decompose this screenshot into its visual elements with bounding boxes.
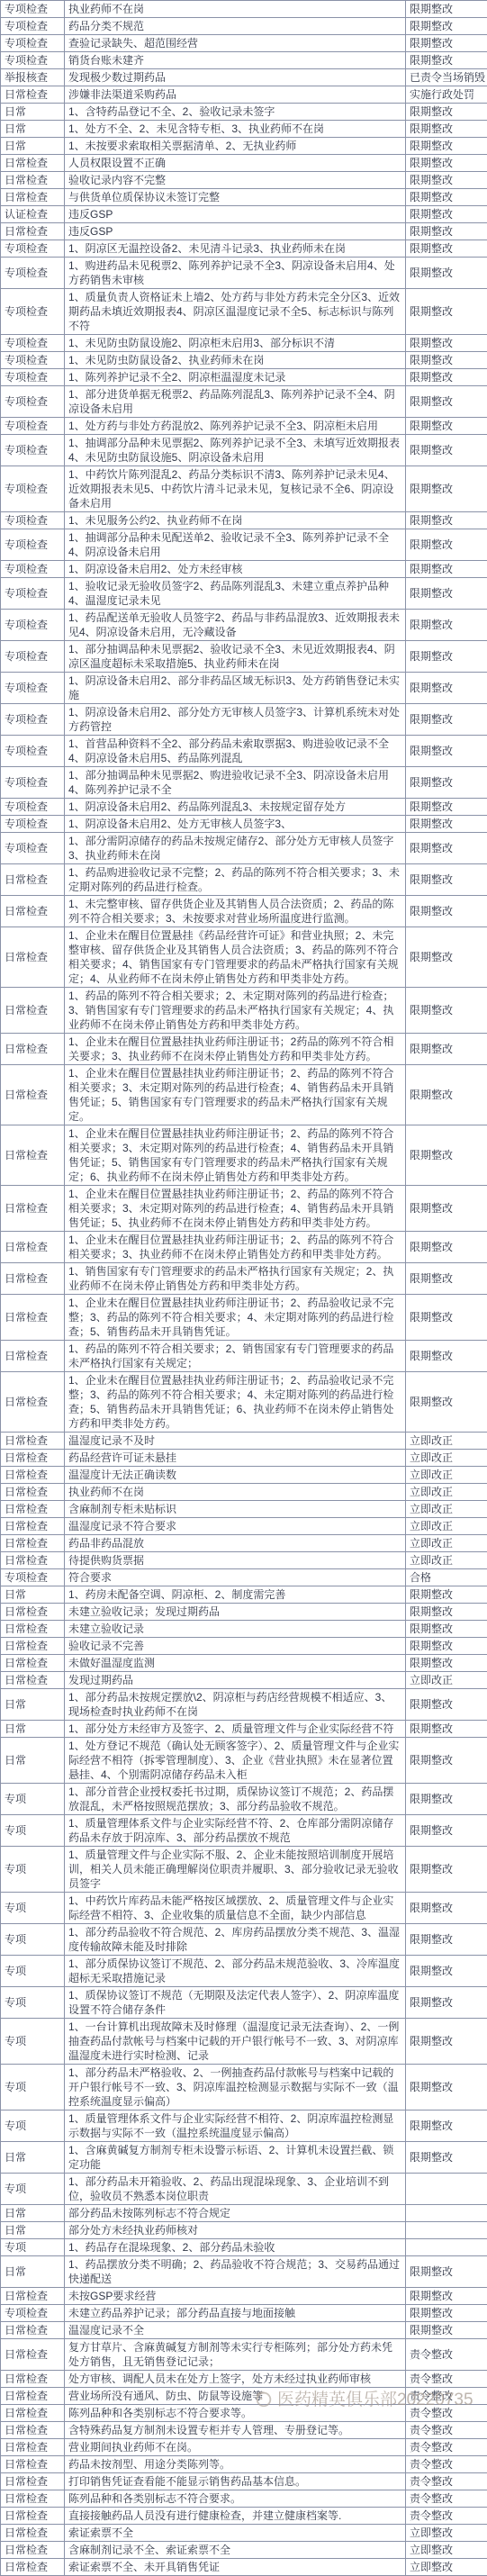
inspection-type-cell: 日常检查 xyxy=(1,2405,65,2422)
finding-cell: 陈列品种和各类别标志不符合要求等。 xyxy=(65,2405,406,2422)
table-row: 举报核查发现极少数过期药品已责令当场销毁 xyxy=(1,69,487,86)
finding-cell: 1、药品购进验收记录不完整；2、药品的陈列不符合相关要求；3、未定期对陈列的药品… xyxy=(65,864,406,896)
action-cell: 限期整改 xyxy=(406,1689,487,1721)
inspection-type-cell: 日常检查 xyxy=(1,1518,65,1535)
inspection-type-cell: 日常检查 xyxy=(1,1065,65,1125)
action-cell: 限期整改 xyxy=(406,35,487,52)
action-cell: 限期整改 xyxy=(406,369,487,386)
table-row: 日常检查与供货单位质保协议未签订完整限期整改 xyxy=(1,189,487,206)
action-cell: 限期整改 xyxy=(406,466,487,512)
action-cell: 限期整改 xyxy=(406,2288,487,2305)
action-cell: 责令整改 xyxy=(406,2508,487,2525)
inspection-type-cell: 日常检查 xyxy=(1,1295,65,1341)
table-row: 日常检查1、企业未在醒目位置悬挂执业药师注册证书；2、药品的陈列不符合相关要求；… xyxy=(1,1186,487,1232)
inspection-type-cell: 日常检查 xyxy=(1,1604,65,1621)
action-cell: 实施行政处罚 xyxy=(406,86,487,104)
finding-cell: 1、企业未在醒目位置悬挂执业药师注册证书；2药品的陈列不符合相关要求；3、执业药… xyxy=(65,1034,406,1065)
finding-cell: 温湿度记录不全 xyxy=(65,2322,406,2339)
table-row: 专项检查1、抽调部分品种未见配送单2、验收记录不全3、陈列养护记录不全4、阴凉设… xyxy=(1,529,487,561)
table-row: 日常检查药品未按剂型、用途分类陈列等。责令整改 xyxy=(1,2456,487,2473)
table-row: 日常检查1、未完整审核、留存供货企业及其销售人员合法资质；2、药品的陈列不符合相… xyxy=(1,896,487,927)
table-row: 日常检查人员权限设置不正确限期整改 xyxy=(1,155,487,172)
finding-cell: 待提供购货票据 xyxy=(65,1552,406,1569)
inspection-type-cell: 专项 xyxy=(1,1924,65,1956)
table-row: 日常检查1、企业未在醒目位置悬挂《药品经营许可证》和营业执照；2、未完整审核、留… xyxy=(1,927,487,988)
inspection-type-cell: 日常 xyxy=(1,2256,65,2288)
finding-cell: 1、企业未在醒目位置悬挂执业药师注册证书；2、药品的陈列不符合相关要求；3、未定… xyxy=(65,1125,406,1186)
finding-cell: 1、未见防虫防鼠设施2、阴凉柜未启用3、部分标识不清 xyxy=(65,335,406,352)
finding-cell: 1、部分药品验收不符合规范、2、库房药品摆放分类不规范、3、温湿度传输故障未能及… xyxy=(65,1924,406,1956)
finding-cell: 温湿度计无法正确读数 xyxy=(65,1467,406,1484)
table-row: 日常检查1、药品的陈列不符合相关要求；2、未定期对陈列的药品进行检查；3、销售国… xyxy=(1,988,487,1034)
table-row: 日常检查温湿度记录不全限期整改 xyxy=(1,2322,487,2339)
table-row: 专项1、质量管理体系文件与企业实际经营不相符、2、阴凉库温控检测显示数据与实际不… xyxy=(1,2111,487,2142)
finding-cell: 发现过期药品 xyxy=(65,1672,406,1689)
table-row: 专项1、中药饮片库药品未能严格按区域摆放、2、质量管理文件与企业实际经营不相符、… xyxy=(1,1893,487,1924)
table-row: 日常检查索证索票不全、未开具销售凭证立即整改 xyxy=(1,2559,487,2576)
finding-cell: 1、企业未在醒目位置悬挂《药品经营许可证》和营业执照；2、未完整审核、留存供货企… xyxy=(65,927,406,988)
action-cell: 限期整改 xyxy=(406,189,487,206)
finding-cell: 部分药品未按陈列标志不符合规定 xyxy=(65,2205,406,2222)
inspection-type-cell: 专项 xyxy=(1,2239,65,2256)
inspection-type-cell: 日常检查 xyxy=(1,1263,65,1295)
table-row: 日常检查索证索票不全立即整改 xyxy=(1,2525,487,2542)
inspection-type-cell: 日常检查 xyxy=(1,2559,65,2576)
finding-cell: 1、阴凉设备未启用2、处方未经审核 xyxy=(65,561,406,578)
inspection-type-cell: 日常检查 xyxy=(1,1552,65,1569)
finding-cell: 1、未完整审核、留存供货企业及其销售人员合法资质；2、药品的陈列不符合相关要求；… xyxy=(65,896,406,927)
action-cell: 限期整改 xyxy=(406,1815,487,1847)
action-cell: 限期整改 xyxy=(406,1784,487,1815)
table-row: 专项检查1、未见防虫防鼠设备2、执业药师未在岗限期整改 xyxy=(1,352,487,369)
table-row: 日常检查复方甘草片、含麻黄碱复方制剂等未实行专柜陈列；部分处方药未凭处方销售，且… xyxy=(1,2339,487,2371)
action-cell: 限期整改 xyxy=(406,206,487,223)
finding-cell: 违反GSP xyxy=(65,223,406,240)
table-row: 日常检查1、企业未在醒目位置悬挂执业药师注册证书；2、药品验收记录不完整；3、药… xyxy=(1,1295,487,1341)
inspection-type-cell: 日常 xyxy=(1,1689,65,1721)
inspection-type-cell: 日常 xyxy=(1,1586,65,1604)
table-row: 专项检查符合要求合格 xyxy=(1,1569,487,1586)
table-row: 专项1、质量管理体系文件与企业实际经营不符、2、仓库部分需阴凉储存药品未存放于阴… xyxy=(1,1815,487,1847)
finding-cell: 1、抽调部分品种未见票据2、陈列养护记录不全3、未填写近效期报表4、未见防虫防鼠… xyxy=(65,435,406,466)
action-cell: 责令整改 xyxy=(406,2405,487,2422)
action-cell: 限期整改 xyxy=(406,610,487,641)
table-row: 专项检查1、部分需阴凉储存的药品未按规定储存2、部分处方无审核人员签字3、执业药… xyxy=(1,833,487,864)
table-row: 日常检查营业场所没有通风、防虫、防鼠等设施等责令整改 xyxy=(1,2388,487,2405)
finding-cell: 处方审核、调配人员未在处方上签字，处方未经过执业药师审核 xyxy=(65,2371,406,2388)
inspection-type-cell: 日常检查 xyxy=(1,1450,65,1467)
action-cell: 限期整改 xyxy=(406,240,487,258)
finding-cell: 查验记录缺失、超范围经营 xyxy=(65,35,406,52)
table-row: 专项检查1、购进药品未见税票2、陈列养护记录不全3、阴凉设备未启用4、处方药销售… xyxy=(1,258,487,289)
table-row: 日常检查温湿度记录不及时立即改正 xyxy=(1,1433,487,1450)
action-cell: 限期整改 xyxy=(406,704,487,736)
inspection-type-cell: 专项 xyxy=(1,1815,65,1847)
table-row: 专项检查1、药品配送单无验收人员签字2、药品与非药品混放3、近效期报表未见4、阴… xyxy=(1,610,487,641)
table-row: 专项检查1、阴凉设备未启用2、部分处方无审核人员签字3、计算机系统未对处方药管控… xyxy=(1,704,487,736)
inspection-type-cell: 日常检查 xyxy=(1,927,65,988)
finding-cell: 直接接触药品人员没有进行健康检查，并建立健康档案等. xyxy=(65,2508,406,2525)
finding-cell: 1、质量管理体系文件与企业实际经营不相符、2、阴凉库温控检测显示数据与实际不一致… xyxy=(65,2111,406,2142)
table-row: 日常部分处方未经执业药师核对 xyxy=(1,2222,487,2239)
finding-cell: 1、企业未在醒目位置悬挂执业药师注册证书；2、药品的陈列不符合相关要求；3、未定… xyxy=(65,1186,406,1232)
finding-cell: 复方甘草片、含麻黄碱复方制剂等未实行专柜陈列；部分处方药未凭处方销售，且无销售登… xyxy=(65,2339,406,2371)
inspection-type-cell: 专项检查 xyxy=(1,352,65,369)
table-row: 日常检查执业药师不在岗立即改正 xyxy=(1,1484,487,1501)
inspection-type-cell: 日常检查 xyxy=(1,1501,65,1518)
inspection-type-cell: 日常检查 xyxy=(1,2473,65,2490)
table-row: 日常检查含麻制剂专柜未贴标识立即改正 xyxy=(1,1501,487,1518)
inspection-type-cell: 专项检查 xyxy=(1,767,65,799)
finding-cell: 含特殊药品复方制剂未设置专柜并专人管理、专册登记等。 xyxy=(65,2422,406,2439)
finding-cell: 1、质量管理体系文件与企业实际经营不符、2、仓库部分需阴凉储存药品未存放于阴凉库… xyxy=(65,1815,406,1847)
finding-cell: 药品未按剂型、用途分类陈列等。 xyxy=(65,2456,406,2473)
action-cell: 责令整改 xyxy=(406,2339,487,2371)
action-cell: 限期整改 xyxy=(406,1034,487,1065)
finding-cell: 人员权限设置不正确 xyxy=(65,155,406,172)
inspection-type-cell: 专项检查 xyxy=(1,704,65,736)
table-row: 专项1、质量管理文件与企业实际不服、2、企业未能按照培训制度开展培训，相关人员未… xyxy=(1,1847,487,1893)
action-cell: 限期整改 xyxy=(406,896,487,927)
finding-cell: 1、销售国家有专门管理要求的药品未严格执行国家有关规定；2、执业药师不在岗未停止… xyxy=(65,1263,406,1295)
inspection-type-cell: 专项 xyxy=(1,1784,65,1815)
action-cell: 限期整改 xyxy=(406,988,487,1034)
inspection-type-cell: 专项检查 xyxy=(1,610,65,641)
table-row: 专项检查1、阴凉设备未启用2、药品陈列混乱3、未按规定留存处方限期整改 xyxy=(1,799,487,816)
table-row: 日常检查温湿度记录不符合要求立即改正 xyxy=(1,1518,487,1535)
inspection-type-cell: 专项检查 xyxy=(1,816,65,833)
action-cell xyxy=(406,2239,487,2256)
inspection-type-cell: 日常检查 xyxy=(1,1186,65,1232)
action-cell: 限期整改 xyxy=(406,1125,487,1186)
action-cell: 限期整改 xyxy=(406,386,487,418)
action-cell: 限期整改 xyxy=(406,512,487,529)
action-cell: 限期整改 xyxy=(406,2019,487,2065)
inspection-type-cell: 日常检查 xyxy=(1,2422,65,2439)
table-row: 日常检查1、销售国家有专门管理要求的药品未严格执行国家有关规定；2、执业药师不在… xyxy=(1,1263,487,1295)
inspection-type-cell: 专项检查 xyxy=(1,673,65,704)
inspection-type-cell: 日常检查 xyxy=(1,1467,65,1484)
inspection-type-cell: 日常检查 xyxy=(1,1433,65,1450)
action-cell: 限期整改 xyxy=(406,2305,487,2322)
inspection-type-cell: 专项检查 xyxy=(1,369,65,386)
action-cell xyxy=(406,2222,487,2239)
action-cell: 限期整改 xyxy=(406,1621,487,1638)
finding-cell: 1、部分需阴凉储存的药品未按规定储存2、部分处方无审核人员签字3、执业药师未在岗 xyxy=(65,833,406,864)
table-row: 日常1、含特药品登记不全、2、验收记录未签字限期整改 xyxy=(1,104,487,121)
table-row: 专项检查1、部分抽调品种未见票据2、验收记录不全3、未见近效期报表4、阴凉区温度… xyxy=(1,641,487,673)
action-cell: 限期整改 xyxy=(406,1586,487,1604)
finding-cell: 1、部分处方未经审方及签字、2、质量管理文件与企业实际经营不符 xyxy=(65,1721,406,1738)
inspection-type-cell: 专项检查 xyxy=(1,466,65,512)
inspection-type-cell: 专项 xyxy=(1,2111,65,2142)
action-cell: 限期整改 xyxy=(406,289,487,335)
finding-cell: 1、购进药品未见税票2、陈列养护记录不全3、阴凉设备未启用4、处方药销售未审核 xyxy=(65,258,406,289)
finding-cell: 验收记录内容不完整 xyxy=(65,172,406,189)
action-cell: 限期整改 xyxy=(406,223,487,240)
table-row: 专项检查销货台账未建齐限期整改 xyxy=(1,52,487,69)
action-cell: 责令整改 xyxy=(406,2490,487,2508)
action-cell: 限期整改 xyxy=(406,155,487,172)
action-cell: 限期整改 xyxy=(406,578,487,610)
table-row: 日常检查药品非药品混放立即改正 xyxy=(1,1535,487,1552)
inspection-type-cell: 专项检查 xyxy=(1,641,65,673)
inspection-type-cell: 专项 xyxy=(1,1956,65,1987)
finding-cell: 药品非药品混放 xyxy=(65,1535,406,1552)
action-cell: 立即改正 xyxy=(406,1552,487,1569)
inspection-type-cell: 专项 xyxy=(1,1987,65,2019)
inspection-type-cell: 日常检查 xyxy=(1,1372,65,1433)
inspection-type-cell: 专项检查 xyxy=(1,1,65,18)
action-cell: 立即整改 xyxy=(406,2525,487,2542)
action-cell: 限期整改 xyxy=(406,1893,487,1924)
table-row: 日常1、药品摆放分类不明确；2、药品验收不符合规范；3、交易药品通过快递配送限期… xyxy=(1,2256,487,2288)
action-cell: 限期整改 xyxy=(406,1655,487,1672)
inspection-type-cell: 日常 xyxy=(1,104,65,121)
table-row: 专项1、部分首营企业授权委托书过期，质保协议签订不规范；2、药品摆放混乱，未严格… xyxy=(1,1784,487,1815)
inspection-type-cell: 认证检查 xyxy=(1,206,65,223)
finding-cell: 含麻制剂专柜未贴标识 xyxy=(65,1501,406,1518)
table-row: 日常检查药品经营许可证未悬挂立即改正 xyxy=(1,1450,487,1467)
finding-cell: 温湿度记录不及时 xyxy=(65,1433,406,1450)
finding-cell: 1、抽调部分品种未见配送单2、验收记录不全3、陈列养护记录不全4、阴凉设备未启用 xyxy=(65,529,406,561)
action-cell: 立即改正 xyxy=(406,1450,487,1467)
table-row: 专项检查未建立药品养护记录；部分药品直接与地面接触限期整改 xyxy=(1,2305,487,2322)
action-cell: 限期整改 xyxy=(406,418,487,435)
inspection-type-cell: 专项 xyxy=(1,2019,65,2065)
table-row: 日常1、部分处方未经审方及签字、2、质量管理文件与企业实际经营不符限期整改 xyxy=(1,1721,487,1738)
finding-cell: 1、阴凉设备未启用2、部分处方无审核人员签字3、计算机系统未对处方药管控 xyxy=(65,704,406,736)
finding-cell: 1、药品摆放分类不明确；2、药品验收不符合规范；3、交易药品通过快递配送 xyxy=(65,2256,406,2288)
action-cell: 限期整改 xyxy=(406,1638,487,1655)
table-row: 日常检查未建立验收记录；发现过期药品限期整改 xyxy=(1,1604,487,1621)
finding-cell: 1、药品配送单无验收人员签字2、药品与非药品混放3、近效期报表未见4、阴凉设备未… xyxy=(65,610,406,641)
inspection-type-cell: 专项检查 xyxy=(1,240,65,258)
finding-cell: 1、含特药品登记不全、2、验收记录未签字 xyxy=(65,104,406,121)
table-row: 专项检查1、未见防虫防鼠设施2、阴凉柜未启用3、部分标识不清限期整改 xyxy=(1,335,487,352)
inspection-type-cell: 日常 xyxy=(1,2222,65,2239)
action-cell: 限期整改 xyxy=(406,1956,487,1987)
table-row: 专项1、药品存在混垛现象、2、部分药品未验收 xyxy=(1,2239,487,2256)
finding-cell: 1、阴凉区无温控设备2、未见清斗记录3、执业药师未在岗 xyxy=(65,240,406,258)
action-cell: 限期整改 xyxy=(406,1232,487,1263)
table-row: 专项1、部分质保协议签订不规范、2、部分药品未规范验收、3、冷库温度超标无采取措… xyxy=(1,1956,487,1987)
inspection-type-cell: 日常检查 xyxy=(1,2456,65,2473)
table-row: 专项检查1、抽调部分品种未见票据2、陈列养护记录不全3、未填写近效期报表4、未见… xyxy=(1,435,487,466)
finding-cell: 1、药品的陈列不符合相关要求；2、未定期对陈列的药品进行检查；3、销售国家有专门… xyxy=(65,988,406,1034)
inspection-type-cell: 专项检查 xyxy=(1,736,65,767)
action-cell: 立即改正 xyxy=(406,1672,487,1689)
inspection-type-cell: 日常检查 xyxy=(1,2525,65,2542)
finding-cell: 未按GSP要求经营 xyxy=(65,2288,406,2305)
finding-cell: 验收记录不完善 xyxy=(65,1638,406,1655)
finding-cell: 1、质量管理文件与企业实际不服、2、企业未能按照培训制度开展培训，相关人员未能正… xyxy=(65,1847,406,1893)
table-row: 日常检查1、企业未在醒目位置悬挂执业药师注册证书；2、药品的陈列不符合相关要求；… xyxy=(1,1125,487,1186)
finding-cell: 1、质保协议签订不规范（无期限及法定代表人签字）、2、阴凉库温度设置不符合储存条… xyxy=(65,1987,406,2019)
action-cell: 限期整改 xyxy=(406,352,487,369)
finding-cell: 打印销售凭证查看能不能显示销售药品基本信息。 xyxy=(65,2473,406,2490)
table-row: 专项检查1、未见服务公约2、执业药师不在岗限期整改 xyxy=(1,512,487,529)
table-row: 日常检查含麻制剂记录不全、索证索票不全立即整改 xyxy=(1,2542,487,2559)
action-cell: 限期整改 xyxy=(406,673,487,704)
table-row: 专项1、部分药品未开箱验收、2、药品出现混垛现象、3、企业培训不到位，验收员不熟… xyxy=(1,2174,487,2205)
inspection-type-cell: 日常 xyxy=(1,1738,65,1784)
inspection-type-cell: 日常检查 xyxy=(1,1484,65,1501)
table-row: 日常检查1、企业未在醒目位置悬挂执业药师注册证书；2、药品的陈列不符合相关要求；… xyxy=(1,1065,487,1125)
action-cell: 限期整改 xyxy=(406,2142,487,2174)
inspection-type-cell: 专项检查 xyxy=(1,561,65,578)
table-row: 专项检查1、部分进货单据无税票2、药品陈列混乱3、陈列养护记录不全4、阴凉设备未… xyxy=(1,386,487,418)
inspection-type-cell: 日常检查 xyxy=(1,1034,65,1065)
inspection-type-cell: 专项检查 xyxy=(1,35,65,52)
table-row: 日常检查直接接触药品人员没有进行健康检查，并建立健康档案等.责令整改 xyxy=(1,2508,487,2525)
inspection-type-cell: 专项检查 xyxy=(1,1569,65,1586)
action-cell: 已责令当场销毁 xyxy=(406,69,487,86)
inspection-type-cell: 日常检查 xyxy=(1,155,65,172)
inspection-type-cell: 日常检查 xyxy=(1,189,65,206)
action-cell: 责令整改 xyxy=(406,2439,487,2456)
inspection-type-cell: 日常 xyxy=(1,2205,65,2222)
inspection-type-cell: 专项检查 xyxy=(1,289,65,335)
inspection-type-cell: 专项 xyxy=(1,1893,65,1924)
finding-cell: 1、处方药与非处方药混放2、陈列养护记录不全3、阴凉柜未启用 xyxy=(65,418,406,435)
finding-cell: 1、企业未在醒目位置悬挂执业药师注册证书；2、药品验收记录不完整；3、药品的陈列… xyxy=(65,1372,406,1433)
finding-cell: 1、部分进货单据无税票2、药品陈列混乱3、陈列养护记录不全4、阴凉设备未启用 xyxy=(65,386,406,418)
finding-cell: 涉嫌非法渠道采购药品 xyxy=(65,86,406,104)
finding-cell: 1、首营品种资料不全2、部分药品未索取票据3、购进验收记录不全4、阴凉设备未启用… xyxy=(65,736,406,767)
inspection-table-body: 专项检查执业药师不在岗限期整改专项检查药品分类不规范限期整改专项检查查验记录缺失… xyxy=(1,1,487,2576)
action-cell: 责令整改 xyxy=(406,2473,487,2490)
finding-cell: 未做好温湿度监测 xyxy=(65,1655,406,1672)
inspection-type-cell: 日常检查 xyxy=(1,864,65,896)
action-cell: 限期整改 xyxy=(406,1,487,18)
action-cell: 限期整改 xyxy=(406,641,487,673)
finding-cell: 1、药品存在混垛现象、2、部分药品未验收 xyxy=(65,2239,406,2256)
action-cell: 限期整改 xyxy=(406,335,487,352)
inspection-type-cell: 日常检查 xyxy=(1,2322,65,2339)
finding-cell: 发现极少数过期药品 xyxy=(65,69,406,86)
finding-cell: 1、未见防虫防鼠设备2、执业药师未在岗 xyxy=(65,352,406,369)
table-row: 日常1、药房未配备空调、阴凉柜、2、制度需完善限期整改 xyxy=(1,1586,487,1604)
inspection-type-cell: 日常检查 xyxy=(1,1341,65,1372)
inspection-type-cell: 日常检查 xyxy=(1,2371,65,2388)
finding-cell: 1、企业未在醒目位置悬挂执业药师注册证书；2、药品的陈列不符合相关要求；3、未定… xyxy=(65,1065,406,1125)
action-cell: 立即改正 xyxy=(406,1501,487,1518)
table-row: 专项1、一台计算机出现故障未及时修理（温湿度记录无法查询）、2、一例抽查药品付款… xyxy=(1,2019,487,2065)
finding-cell: 1、部分抽调品种未见票据2、验收记录不全3、未见近效期报表4、阴凉区温度超标未采… xyxy=(65,641,406,673)
finding-cell: 1、未见服务公约2、执业药师不在岗 xyxy=(65,512,406,529)
table-row: 专项检查查验记录缺失、超范围经营限期整改 xyxy=(1,35,487,52)
table-row: 专项检查1、质量负责人资格证未上墙2、处方药与非处方药未完全分区3、近效期药品未… xyxy=(1,289,487,335)
action-cell: 限期整改 xyxy=(406,1721,487,1738)
action-cell: 限期整改 xyxy=(406,529,487,561)
table-row: 专项1、质保协议签订不规范（无期限及法定代表人签字）、2、阴凉库温度设置不符合储… xyxy=(1,1987,487,2019)
table-row: 专项检查1、阴凉设备未启用2、处方无审核人员签字3、限期整改 xyxy=(1,816,487,833)
action-cell: 限期整改 xyxy=(406,1987,487,2019)
finding-cell: 1、未按要求索取相关票据清单、2、无执业药师 xyxy=(65,138,406,155)
table-row: 专项检查1、部分抽调品种未见票据2、购进验收记录不全3、阴凉设备未启用4、陈列养… xyxy=(1,767,487,799)
finding-cell: 1、药房未配备空调、阴凉柜、2、制度需完善 xyxy=(65,1586,406,1604)
table-row: 日常检查含特殊药品复方制剂未设置专柜并专人管理、专册登记等。责令整改 xyxy=(1,2422,487,2439)
finding-cell: 1、中药饮片陈列混乱2、药品分类标识不清3、陈列养护记录未见4、近效期报表未见5… xyxy=(65,466,406,512)
action-cell: 限期整改 xyxy=(406,2065,487,2111)
finding-cell: 1、阴凉设备未启用2、部分非药品区域无标识3、处方药销售登记未实施 xyxy=(65,673,406,704)
finding-cell: 药品分类不规范 xyxy=(65,18,406,35)
finding-cell: 1、企业未在醒目位置悬挂执业药师注册证书；2、药品的陈列不符合相关要求；3、执业… xyxy=(65,1232,406,1263)
inspection-type-cell: 日常检查 xyxy=(1,2339,65,2371)
table-row: 专项检查1、首营品种资料不全2、部分药品未索取票据3、购进验收记录不全4、阴凉设… xyxy=(1,736,487,767)
inspection-type-cell: 专项检查 xyxy=(1,258,65,289)
finding-cell: 未建立药品养护记录；部分药品直接与地面接触 xyxy=(65,2305,406,2322)
inspection-type-cell: 日常检查 xyxy=(1,1621,65,1638)
action-cell: 限期整改 xyxy=(406,799,487,816)
inspection-type-cell: 专项检查 xyxy=(1,2305,65,2322)
table-row: 日常检查1、药品的陈列不符合相关要求；2、销售国家有专门管理要求的药品未严格执行… xyxy=(1,1341,487,1372)
inspection-type-cell: 专项检查 xyxy=(1,512,65,529)
finding-cell: 1、药品的陈列不符合相关要求；2、销售国家有专门管理要求的药品未严格执行国家有关… xyxy=(65,1341,406,1372)
table-row: 日常检查发现过期药品立即改正 xyxy=(1,1672,487,1689)
inspection-type-cell: 专项检查 xyxy=(1,833,65,864)
inspection-type-cell: 日常检查 xyxy=(1,223,65,240)
finding-cell: 索证索票不全、未开具销售凭证 xyxy=(65,2559,406,2576)
inspection-type-cell: 专项检查 xyxy=(1,335,65,352)
finding-cell: 1、验收记录无验收员签字2、药品陈列混乱3、未建立重点养护品种4、温湿度记录未见 xyxy=(65,578,406,610)
finding-cell: 药品经营许可证未悬挂 xyxy=(65,1450,406,1467)
table-row: 日常检查未做好温湿度监测限期整改 xyxy=(1,1655,487,1672)
table-row: 日常1、处方登记不规范（确认处无顾客签字）、2、质量管理文件与企业实际经营不相符… xyxy=(1,1738,487,1784)
finding-cell: 陈列品种和各类别标志不符合要求。 xyxy=(65,2490,406,2508)
inspection-type-cell: 日常 xyxy=(1,2142,65,2174)
action-cell: 限期整改 xyxy=(406,2322,487,2339)
inspection-type-cell: 专项检查 xyxy=(1,18,65,35)
inspection-type-cell: 专项检查 xyxy=(1,386,65,418)
table-row: 专项检查1、阴凉区无温控设备2、未见清斗记录3、执业药师未在岗限期整改 xyxy=(1,240,487,258)
inspection-type-cell: 日常检查 xyxy=(1,86,65,104)
action-cell: 限期整改 xyxy=(406,1738,487,1784)
inspection-type-cell: 日常 xyxy=(1,1721,65,1738)
action-cell: 限期整改 xyxy=(406,864,487,896)
action-cell: 立即改正 xyxy=(406,1467,487,1484)
finding-cell: 1、部分药品未按规定摆放\2、阴凉柜与药店经营规模不相适应、3、现场检查时执业药… xyxy=(65,1689,406,1721)
inspection-type-cell: 专项 xyxy=(1,2174,65,2205)
action-cell: 限期整改 xyxy=(406,927,487,988)
inspection-type-cell: 日常检查 xyxy=(1,896,65,927)
inspection-type-cell: 日常 xyxy=(1,121,65,138)
finding-cell: 1、部分抽调品种未见票据2、购进验收记录不全3、阴凉设备未启用4、陈列养护记录不… xyxy=(65,767,406,799)
finding-cell: 执业药师不在岗 xyxy=(65,1484,406,1501)
finding-cell: 1、处方不全、2、未见含特专柜、3、执业药师不在岗 xyxy=(65,121,406,138)
finding-cell: 索证索票不全 xyxy=(65,2525,406,2542)
table-row: 日常检查1、企业未在醒目位置悬挂执业药师注册证书；2药品的陈列不符合相关要求；3… xyxy=(1,1034,487,1065)
finding-cell: 1、质量负责人资格证未上墙2、处方药与非处方药未完全分区3、近效期药品未填近效期… xyxy=(65,289,406,335)
action-cell: 责令整改 xyxy=(406,2422,487,2439)
inspection-type-cell: 专项检查 xyxy=(1,799,65,816)
inspection-type-cell: 专项检查 xyxy=(1,435,65,466)
inspection-type-cell: 日常 xyxy=(1,138,65,155)
inspection-type-cell: 专项检查 xyxy=(1,578,65,610)
inspection-type-cell: 日常检查 xyxy=(1,1638,65,1655)
table-row: 认证检查违反GSP限期整改 xyxy=(1,206,487,223)
inspection-type-cell: 日常检查 xyxy=(1,2439,65,2456)
table-row: 专项检查1、阴凉设备未启用2、部分非药品区域无标识3、处方药销售登记未实施限期整… xyxy=(1,673,487,704)
table-row: 专项1、部分药品未严格验收、2、一例抽查药品付款帐号与档案中记载的开户银行帐号不… xyxy=(1,2065,487,2111)
table-row: 日常检查陈列品种和各类别标志不符合要求等。责令整改 xyxy=(1,2405,487,2422)
action-cell: 限期整改 xyxy=(406,1065,487,1125)
table-row: 日常部分药品未按陈列标志不符合规定 xyxy=(1,2205,487,2222)
inspection-type-cell: 日常检查 xyxy=(1,2490,65,2508)
inspection-type-cell: 日常检查 xyxy=(1,988,65,1034)
action-cell: 限期整改 xyxy=(406,138,487,155)
